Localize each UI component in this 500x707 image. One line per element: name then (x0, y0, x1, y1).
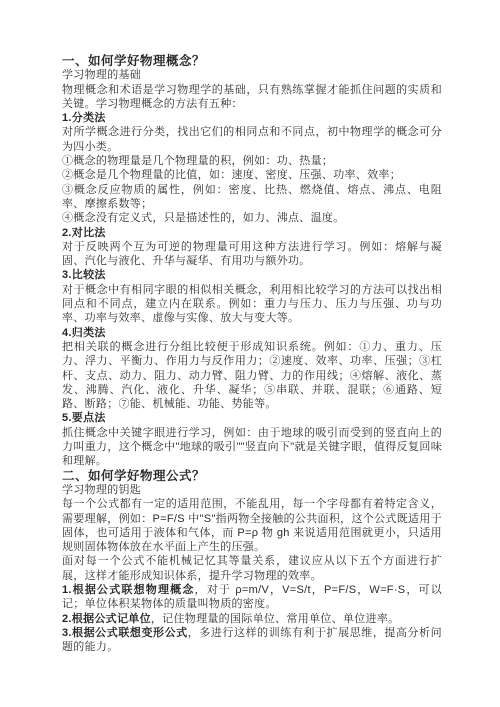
paragraph: 抓住概念中关键字眼进行学习，例如：由于地球的吸引而受到的竖直向上的力叫重力，这个… (62, 426, 442, 469)
paragraph: 对于反映两个互为可逆的物理量可用这种方法进行学习。例如：熔解与凝固、汽化与液化、… (62, 240, 442, 269)
paragraph: 对于概念中有相同字眼的相似相关概念，利用相比较学习的方法可以找出相同点和不同点，… (62, 283, 442, 326)
subheading: 4.归类法 (62, 326, 442, 340)
paragraph: 面对每一个公式不能机械记忆其等量关系，建议应从以下五个方面进行扩展，这样才能形成… (62, 554, 442, 583)
section-heading: 二、如何学好物理公式？ (62, 469, 442, 483)
paragraph-lead: 1.根据公式联想物理概念 (62, 584, 195, 596)
section-heading: 一、如何学好物理概念？ (62, 54, 442, 68)
subheading: 2.对比法 (62, 226, 442, 240)
paragraph: 对所学概念进行分类，找出它们的相同点和不同点，初中物理学的概念可分为四小类。 (62, 125, 442, 154)
paragraph: ②概念是几个物理量的比值，如：速度、密度、压强、功率、效率； (62, 168, 442, 182)
paragraph: 学习物理的基础 (62, 68, 442, 82)
paragraph-lead: 3.根据公式联想变形公式 (62, 627, 188, 639)
subheading: 3.比较法 (62, 268, 442, 282)
paragraph: ③概念反应物质的属性，例如：密度、比热、燃烧值、熔点、沸点、电阻率、摩擦系数等； (62, 183, 442, 212)
paragraph: ④概念没有定义式，只是描述性的，如力、沸点、温度。 (62, 211, 442, 225)
paragraph: 3.根据公式联想变形公式，多进行这样的训练有利于扩展思维，提高分析问题的能力。 (62, 626, 442, 655)
section: 一、如何学好物理概念？学习物理的基础物理概念和术语是学习物理学的基础，只有熟练掌… (62, 54, 442, 469)
paragraph: 1.根据公式联想物理概念，对于 ρ=m/V，V=S/t，P=F/S，W=F·S，… (62, 583, 442, 612)
paragraph: 2.根据公式记单位，记住物理量的国际单位、常用单位、单位进率。 (62, 612, 442, 626)
subheading: 5.要点法 (62, 411, 442, 425)
paragraph: 每一个公式都有一定的适用范围，不能乱用，每一个字母都有着特定含义，需要理解，例如… (62, 497, 442, 554)
subheading: 1.分类法 (62, 111, 442, 125)
paragraph-text: ，记住物理量的国际单位、常用单位、单位进率。 (151, 613, 400, 625)
paragraph: 把相关联的概念进行分组比较便于形成知识系统。例如：①力、重力、压力、浮力、平衡力… (62, 340, 442, 411)
paragraph: 物理概念和术语是学习物理学的基础，只有熟练掌握才能抓住问题的实质和关键。学习物理… (62, 83, 442, 112)
section: 二、如何学好物理公式？学习物理的钥匙每一个公式都有一定的适用范围，不能乱用，每一… (62, 469, 442, 655)
document-page: 一、如何学好物理概念？学习物理的基础物理概念和术语是学习物理学的基础，只有熟练掌… (0, 0, 500, 707)
paragraph-lead: 2.根据公式记单位 (62, 613, 151, 625)
paragraph: ①概念的物理量是几个物理量的积，例如：功、热量； (62, 154, 442, 168)
paragraph: 学习物理的钥匙 (62, 483, 442, 497)
